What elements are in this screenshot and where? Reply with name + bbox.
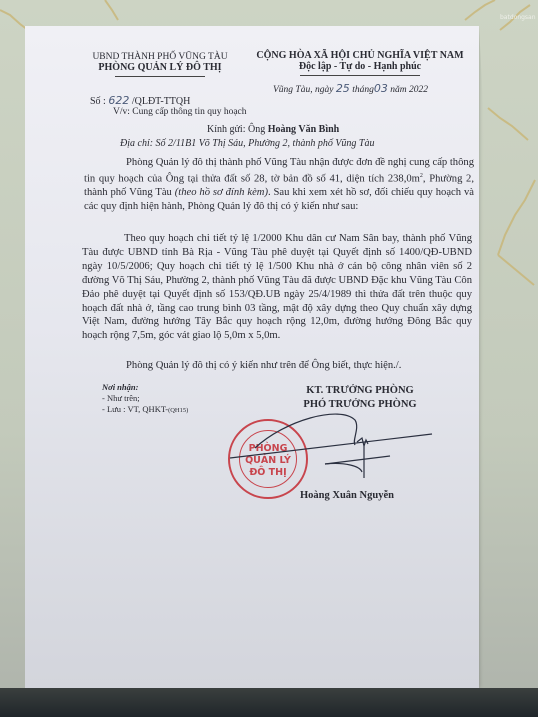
signer-name: Hoàng Xuân Nguyễn [300,490,394,501]
handwritten-signature [0,0,538,717]
